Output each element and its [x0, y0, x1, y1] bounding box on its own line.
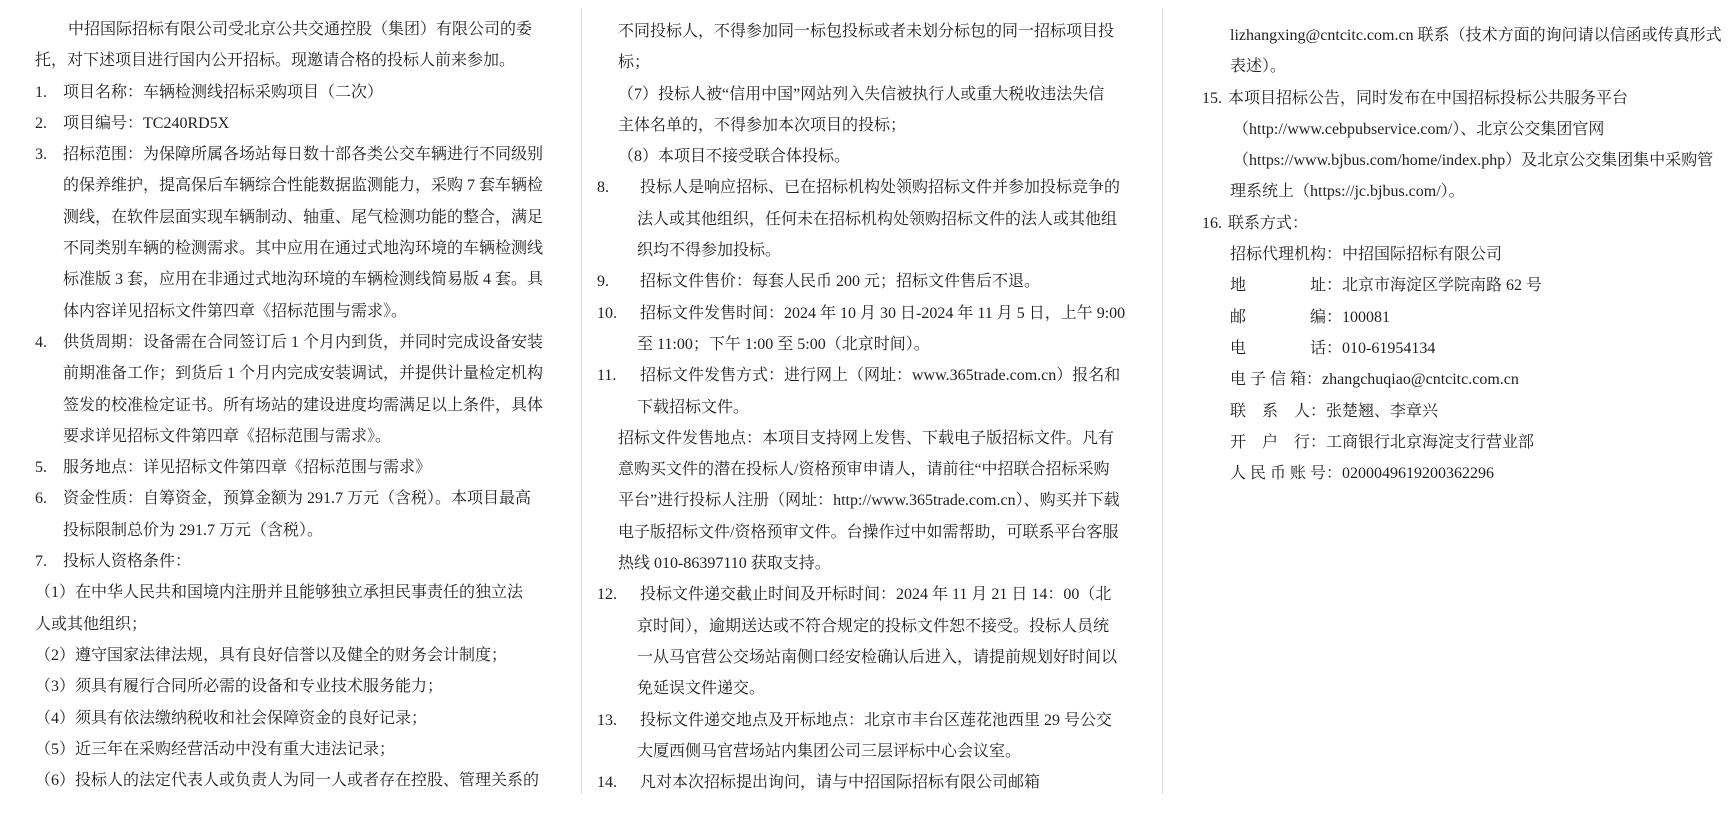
- text-line: 投标限制总价为 291.7 万元（含税）。: [35, 515, 575, 546]
- text-line: 4. 供货周期：设备需在合同签订后 1 个月内到货，并同时完成设备安装: [35, 327, 575, 358]
- text-line: 体内容详见招标文件第四章《招标范围与需求》。: [35, 296, 575, 327]
- line-text: 招标文件售价：每套人民币 200 元；招标文件售后不退。: [640, 266, 1040, 297]
- text-line: 1. 项目名称：车辆检测线招标采购项目（二次）: [35, 77, 575, 108]
- line-text: 开 户 行：工商银行北京海淀支行营业部: [1230, 427, 1534, 458]
- line-text: 托，对下述项目进行国内公开招标。现邀请合格的投标人前来参加。: [35, 45, 515, 76]
- line-text: 的保养维护，提高保后车辆综合性能数据监测能力，采购 7 套车辆检: [63, 170, 543, 201]
- page-divider: [1162, 8, 1163, 794]
- line-text: 招标文件发售时间：2024 年 10 月 30 日-2024 年 11 月 5 …: [640, 298, 1125, 329]
- list-number: 4.: [35, 327, 63, 358]
- list-number: 10.: [597, 298, 640, 329]
- text-line: 织均不得参加投标。: [597, 235, 1157, 266]
- line-text: 织均不得参加投标。: [637, 235, 781, 266]
- text-line: 11. 招标文件发售方式：进行网上（网址：www.365trade.com.cn…: [597, 360, 1157, 391]
- line-text: （4）须具有依法缴纳税收和社会保障资金的良好记录；: [35, 703, 427, 734]
- text-line: 不同类别车辆的检测需求。其中应用在通过式地沟环境的车辆检测线: [35, 233, 575, 264]
- line-text: 联系方式：: [1228, 208, 1308, 239]
- text-line: 测线，在软件层面实现车辆制动、轴重、尾气检测功能的整合，满足: [35, 202, 575, 233]
- text-line: 2. 项目编号：TC240RD5X: [35, 108, 575, 139]
- line-text: （5）近三年在采购经营活动中没有重大违法记录；: [35, 734, 395, 765]
- text-line: 理系统上（https://jc.bjbus.com/）。: [1202, 176, 1722, 207]
- line-text: 要求详见招标文件第四章《招标范围与需求》。: [63, 421, 391, 452]
- line-text: 下载招标文件。: [637, 392, 749, 423]
- line-text: 项目名称：车辆检测线招标采购项目（二次）: [63, 77, 383, 108]
- text-line: （2）遵守国家法律法规，具有良好信誉以及健全的财务会计制度；: [35, 640, 575, 671]
- page-column-1: 中招国际招标有限公司受北京公共交通控股（集团）有限公司的委 托，对下述项目进行国…: [35, 14, 575, 796]
- text-line: 邮 编：100081: [1202, 302, 1722, 333]
- line-text: 理系统上（https://jc.bjbus.com/）。: [1230, 176, 1465, 207]
- text-line: 不同投标人，不得参加同一标包投标或者未划分标包的同一招标项目投: [597, 16, 1157, 47]
- line-text: 凡对本次招标提出询问，请与中招国际招标有限公司邮箱: [640, 767, 1040, 798]
- text-line: 招标文件发售地点：本项目支持网上发售、下载电子版招标文件。凡有: [597, 423, 1157, 454]
- line-text: 资金性质：自筹资金，预算金额为 291.7 万元（含税）。本项目最高: [63, 483, 531, 514]
- text-line: （5）近三年在采购经营活动中没有重大违法记录；: [35, 734, 575, 765]
- line-text: 电子版招标文件/资格预审文件。台操作过中如需帮助，可联系平台客服: [618, 517, 1118, 548]
- line-text: 地 址：北京市海淀区学院南路 62 号: [1230, 270, 1542, 301]
- list-number: 7.: [35, 546, 63, 577]
- line-text: 电 子 信 箱：zhangchuqiao@cntcitc.com.cn: [1230, 364, 1519, 395]
- text-line: 地 址：北京市海淀区学院南路 62 号: [1202, 270, 1722, 301]
- text-line: 主体名单的，不得参加本次项目的投标；: [597, 110, 1157, 141]
- text-line: 电 子 信 箱：zhangchuqiao@cntcitc.com.cn: [1202, 364, 1722, 395]
- line-text: 平台”进行投标人注册（网址：http://www.365trade.com.cn…: [618, 485, 1120, 516]
- text-line: 大厦西侧马官营场站内集团公司三层评标中心会议室。: [597, 736, 1157, 767]
- text-line: （3）须具有履行合同所必需的设备和专业技术服务能力；: [35, 671, 575, 702]
- line-text: 京时间），逾期送达或不符合规定的投标文件恕不接受。投标人员统: [637, 611, 1109, 642]
- line-text: 至 11:00；下午 1:00 至 5:00（北京时间）。: [637, 329, 930, 360]
- list-number: 16.: [1202, 208, 1228, 239]
- text-line: 联 系 人：张楚翘、李章兴: [1202, 396, 1722, 427]
- text-line: 标准版 3 套，应用在非通过式地沟环境的车辆检测线简易版 4 套。具: [35, 264, 575, 295]
- text-line: 电子版招标文件/资格预审文件。台操作过中如需帮助，可联系平台客服: [597, 517, 1157, 548]
- text-line: 京时间），逾期送达或不符合规定的投标文件恕不接受。投标人员统: [597, 611, 1157, 642]
- text-line: （8）本项目不接受联合体投标。: [597, 141, 1157, 172]
- text-line: 电 话：010-61954134: [1202, 333, 1722, 364]
- text-line: 平台”进行投标人注册（网址：http://www.365trade.com.cn…: [597, 485, 1157, 516]
- text-line: 开 户 行：工商银行北京海淀支行营业部: [1202, 427, 1722, 458]
- line-text: （7）投标人被“信用中国”网站列入失信被执行人或重大税收违法失信: [618, 79, 1104, 110]
- line-text: 不同类别车辆的检测需求。其中应用在通过式地沟环境的车辆检测线: [63, 233, 543, 264]
- line-text: 项目编号：TC240RD5X: [63, 108, 229, 139]
- line-text: 人 民 币 账 号：0200049619200362296: [1230, 458, 1494, 489]
- text-line: 9. 招标文件售价：每套人民币 200 元；招标文件售后不退。: [597, 266, 1157, 297]
- list-number: 6.: [35, 483, 63, 514]
- text-line: 至 11:00；下午 1:00 至 5:00（北京时间）。: [597, 329, 1157, 360]
- text-line: 16. 联系方式：: [1202, 208, 1722, 239]
- list-number: 11.: [597, 360, 640, 391]
- text-line: 要求详见招标文件第四章《招标范围与需求》。: [35, 421, 575, 452]
- line-text: 标；: [618, 47, 650, 78]
- text-line: 12. 投标文件递交截止时间及开标时间：2024 年 11 月 21 日 14：…: [597, 579, 1157, 610]
- line-text: （8）本项目不接受联合体投标。: [618, 141, 850, 172]
- text-line: 热线 010-86397110 获取支持。: [597, 548, 1157, 579]
- line-text: 标准版 3 套，应用在非通过式地沟环境的车辆检测线简易版 4 套。具: [63, 264, 543, 295]
- line-text: lizhangxing@cntcitc.com.cn 联系（技术方面的询问请以信…: [1230, 20, 1722, 51]
- line-text: 不同投标人，不得参加同一标包投标或者未划分标包的同一招标项目投: [618, 16, 1114, 47]
- list-number: 5.: [35, 452, 63, 483]
- line-text: 投标人是响应招标、已在招标机构处领购招标文件并参加投标竞争的: [640, 172, 1120, 203]
- page-column-3: lizhangxing@cntcitc.com.cn 联系（技术方面的询问请以信…: [1202, 20, 1722, 489]
- line-text: 表述）。: [1230, 51, 1286, 82]
- text-line: 5. 服务地点：详见招标文件第四章《招标范围与需求》: [35, 452, 575, 483]
- text-line: 中招国际招标有限公司受北京公共交通控股（集团）有限公司的委: [35, 14, 575, 45]
- list-number: 14.: [597, 767, 640, 798]
- page-divider: [581, 8, 582, 794]
- text-line: 人 民 币 账 号：0200049619200362296: [1202, 458, 1722, 489]
- line-text: 体内容详见招标文件第四章《招标范围与需求》。: [63, 296, 407, 327]
- text-line: （http://www.cebpubservice.com/）、北京公交集团官网: [1202, 114, 1722, 145]
- line-text: 热线 010-86397110 获取支持。: [618, 548, 831, 579]
- text-line: 13. 投标文件递交地点及开标地点：北京市丰台区莲花池西里 29 号公交: [597, 705, 1157, 736]
- line-text: 主体名单的，不得参加本次项目的投标；: [618, 110, 906, 141]
- text-line: 3. 招标范围：为保障所属各场站每日数十部各类公交车辆进行不同级别: [35, 139, 575, 170]
- line-text: （http://www.cebpubservice.com/）、北京公交集团官网: [1233, 114, 1604, 145]
- text-line: 法人或其他组织，任何未在招标机构处领购招标文件的法人或其他组: [597, 204, 1157, 235]
- text-line: 6. 资金性质：自筹资金，预算金额为 291.7 万元（含税）。本项目最高: [35, 483, 575, 514]
- list-number: 1.: [35, 77, 63, 108]
- text-line: lizhangxing@cntcitc.com.cn 联系（技术方面的询问请以信…: [1202, 20, 1722, 51]
- list-number: 15.: [1202, 83, 1228, 114]
- line-text: 电 话：010-61954134: [1230, 333, 1435, 364]
- line-text: 免延误文件递交。: [637, 673, 765, 704]
- line-text: 中招国际招标有限公司受北京公共交通控股（集团）有限公司的委: [68, 14, 532, 45]
- list-number: 8.: [597, 172, 640, 203]
- line-text: 招标文件发售地点：本项目支持网上发售、下载电子版招标文件。凡有: [618, 423, 1114, 454]
- text-line: 的保养维护，提高保后车辆综合性能数据监测能力，采购 7 套车辆检: [35, 170, 575, 201]
- text-line: 招标代理机构：中招国际招标有限公司: [1202, 239, 1722, 270]
- line-text: 投标文件递交截止时间及开标时间：2024 年 11 月 21 日 14：00（北: [640, 579, 1111, 610]
- page-column-2: 不同投标人，不得参加同一标包投标或者未划分标包的同一招标项目投 标； （7）投标…: [597, 16, 1157, 798]
- text-line: 8. 投标人是响应招标、已在招标机构处领购招标文件并参加投标竞争的: [597, 172, 1157, 203]
- line-text: 服务地点：详见招标文件第四章《招标范围与需求》: [63, 452, 431, 483]
- line-text: （1）在中华人民共和国境内注册并且能够独立承担民事责任的独立法: [35, 577, 523, 608]
- line-text: 投标人资格条件：: [63, 546, 191, 577]
- line-text: 大厦西侧马官营场站内集团公司三层评标中心会议室。: [637, 736, 1021, 767]
- text-line: （1）在中华人民共和国境内注册并且能够独立承担民事责任的独立法: [35, 577, 575, 608]
- text-line: （https://www.bjbus.com/home/index.php）及北…: [1202, 145, 1722, 176]
- line-text: 法人或其他组织，任何未在招标机构处领购招标文件的法人或其他组: [637, 204, 1117, 235]
- text-line: 下载招标文件。: [597, 392, 1157, 423]
- list-number: 3.: [35, 139, 63, 170]
- line-text: （6）投标人的法定代表人或负责人为同一人或者存在控股、管理关系的: [35, 765, 539, 796]
- line-text: 招标范围：为保障所属各场站每日数十部各类公交车辆进行不同级别: [63, 139, 543, 170]
- line-text: （https://www.bjbus.com/home/index.php）及北…: [1233, 145, 1713, 176]
- line-text: 一从马官营公交场站南侧口经安检确认后进入，请提前规划好时间以: [637, 642, 1117, 673]
- line-text: （3）须具有履行合同所必需的设备和专业技术服务能力；: [35, 671, 443, 702]
- text-line: 一从马官营公交场站南侧口经安检确认后进入，请提前规划好时间以: [597, 642, 1157, 673]
- text-line: 表述）。: [1202, 51, 1722, 82]
- line-text: 邮 编：100081: [1230, 302, 1390, 333]
- text-line: 标；: [597, 47, 1157, 78]
- list-number: 12.: [597, 579, 640, 610]
- line-text: （2）遵守国家法律法规，具有良好信誉以及健全的财务会计制度；: [35, 640, 507, 671]
- line-text: 招标代理机构：中招国际招标有限公司: [1230, 239, 1502, 270]
- text-line: 14. 凡对本次招标提出询问，请与中招国际招标有限公司邮箱: [597, 767, 1157, 798]
- line-text: 意购买文件的潜在投标人/资格预审申请人，请前往“中招联合招标采购: [618, 454, 1110, 485]
- line-text: 人或其他组织；: [35, 609, 147, 640]
- line-text: 签发的校准检定证书。所有场站的建设进度均需满足以上条件，具体: [63, 390, 543, 421]
- list-number: 13.: [597, 705, 640, 736]
- text-line: 意购买文件的潜在投标人/资格预审申请人，请前往“中招联合招标采购: [597, 454, 1157, 485]
- line-text: 投标限制总价为 291.7 万元（含税）。: [63, 515, 323, 546]
- text-line: （7）投标人被“信用中国”网站列入失信被执行人或重大税收违法失信: [597, 79, 1157, 110]
- list-number: 9.: [597, 266, 640, 297]
- text-line: 免延误文件递交。: [597, 673, 1157, 704]
- line-text: 供货周期：设备需在合同签订后 1 个月内到货，并同时完成设备安装: [63, 327, 543, 358]
- text-line: 人或其他组织；: [35, 609, 575, 640]
- text-line: 签发的校准检定证书。所有场站的建设进度均需满足以上条件，具体: [35, 390, 575, 421]
- line-text: 联 系 人：张楚翘、李章兴: [1230, 396, 1438, 427]
- line-text: 投标文件递交地点及开标地点：北京市丰台区莲花池西里 29 号公交: [640, 705, 1112, 736]
- line-text: 本项目招标公告，同时发布在中国招标投标公共服务平台: [1228, 83, 1628, 114]
- line-text: 招标文件发售方式：进行网上（网址：www.365trade.com.cn）报名和: [640, 360, 1120, 391]
- line-text: 前期准备工作；到货后 1 个月内完成安装调试，并提供计量检定机构: [63, 358, 543, 389]
- text-line: 10. 招标文件发售时间：2024 年 10 月 30 日-2024 年 11 …: [597, 298, 1157, 329]
- text-line: 7. 投标人资格条件：: [35, 546, 575, 577]
- text-line: 托，对下述项目进行国内公开招标。现邀请合格的投标人前来参加。: [35, 45, 575, 76]
- line-text: 测线，在软件层面实现车辆制动、轴重、尾气检测功能的整合，满足: [63, 202, 543, 233]
- text-line: 15. 本项目招标公告，同时发布在中国招标投标公共服务平台: [1202, 83, 1722, 114]
- list-number: 2.: [35, 108, 63, 139]
- text-line: （4）须具有依法缴纳税收和社会保障资金的良好记录；: [35, 703, 575, 734]
- text-line: （6）投标人的法定代表人或负责人为同一人或者存在控股、管理关系的: [35, 765, 575, 796]
- text-line: 前期准备工作；到货后 1 个月内完成安装调试，并提供计量检定机构: [35, 358, 575, 389]
